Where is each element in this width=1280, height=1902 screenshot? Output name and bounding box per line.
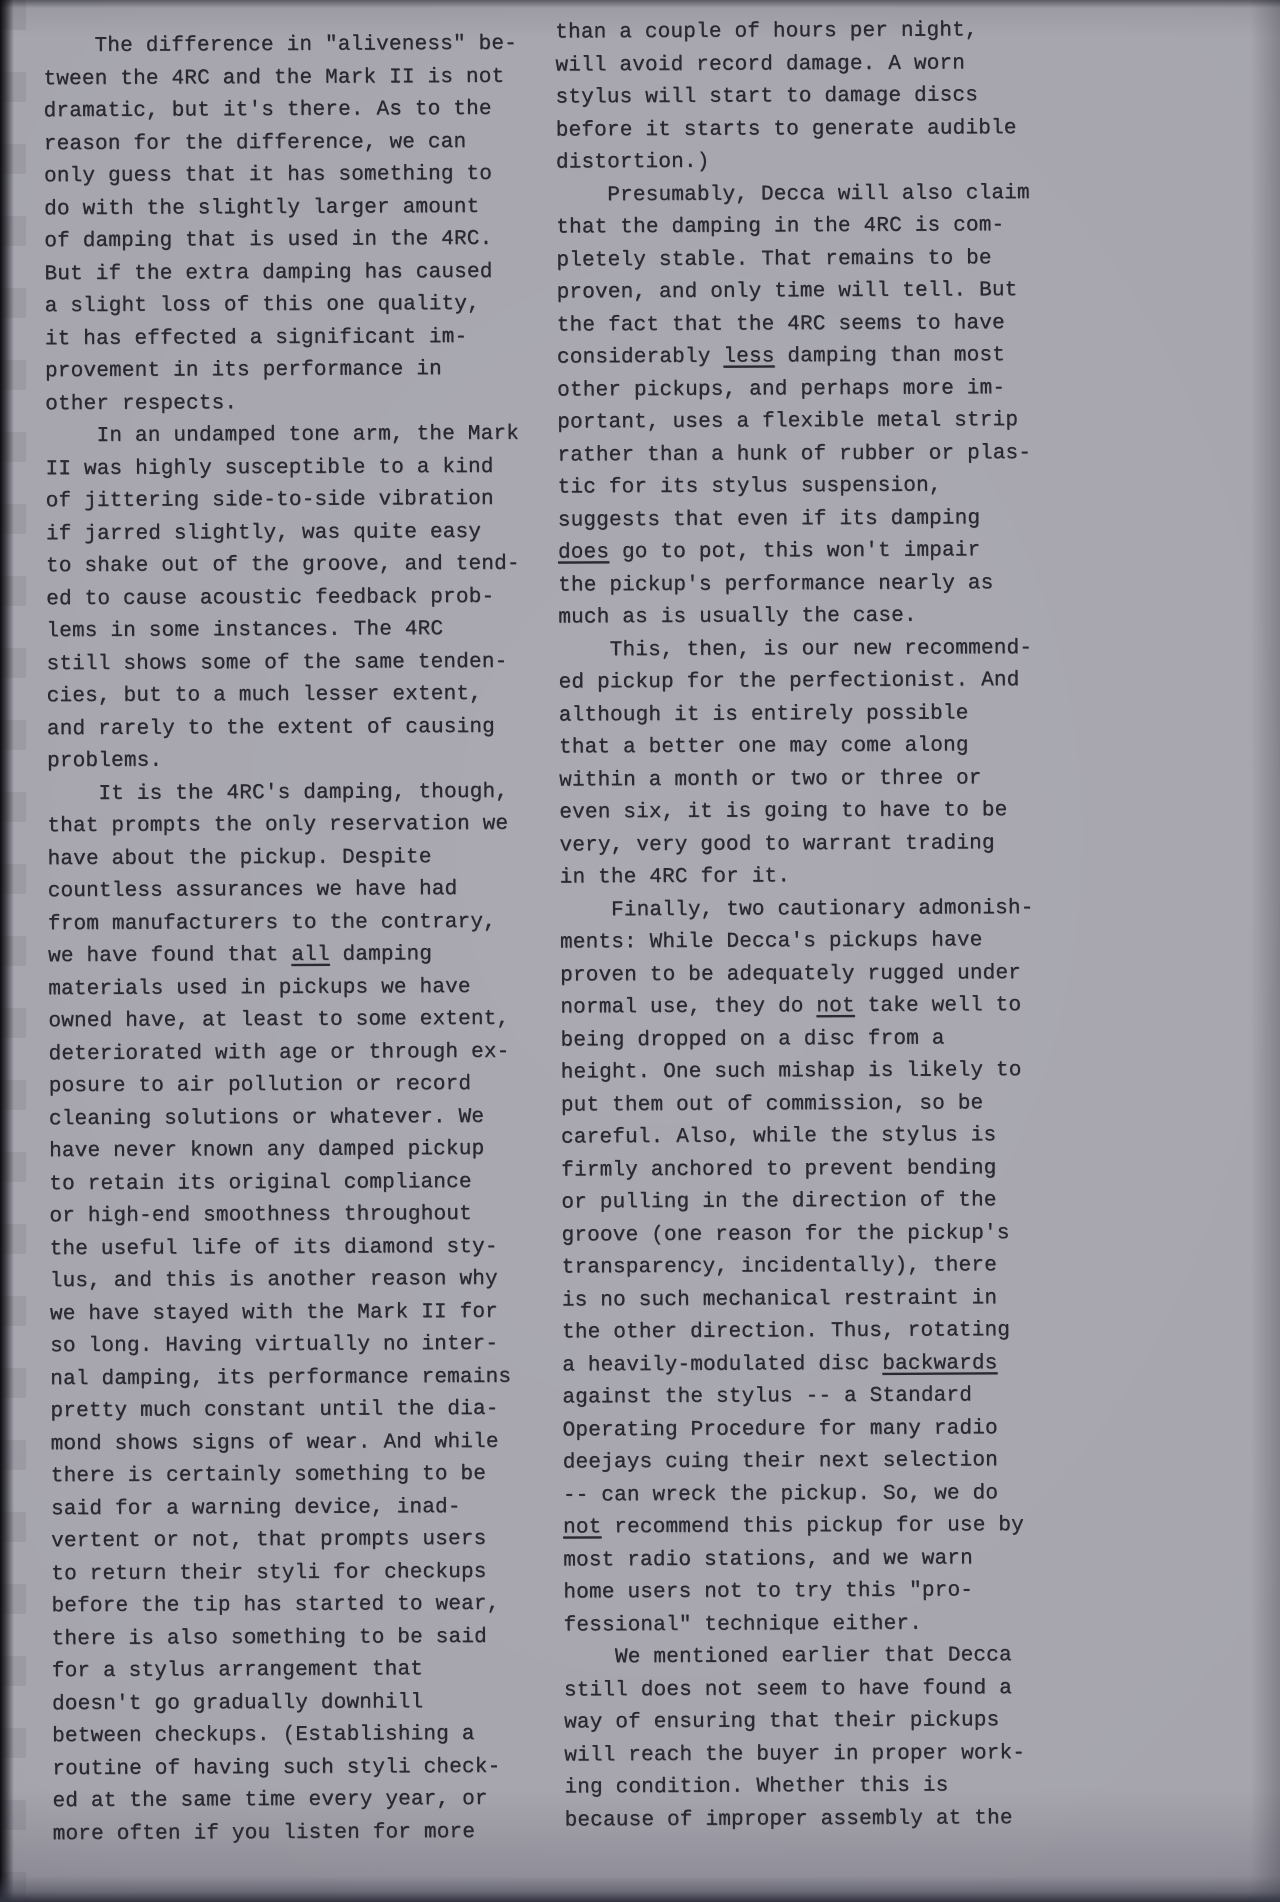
text-line: routine of having such styli check- <box>52 1751 552 1786</box>
text-line: that the damping in the 4RC is com- <box>556 210 1056 245</box>
text-line: normal use, they do not take well to <box>560 990 1060 1025</box>
text-line: because of improper assembly at the <box>564 1802 1064 1837</box>
article-column-right: than a couple of hours per night,will av… <box>555 15 1065 1838</box>
text-line: ing condition. Whether this is <box>564 1770 1064 1805</box>
text-line: doesn't go gradually downhill <box>52 1686 552 1721</box>
text-line: ed at the same time every year, or <box>52 1783 552 1818</box>
text-line: still does not seem to have found a <box>564 1672 1064 1707</box>
text-line: do with the slightly larger amount <box>44 191 544 226</box>
text-line: fessional" technique either. <box>563 1607 1063 1642</box>
text-line: materials used in pickups we have <box>48 971 548 1006</box>
text-line: way of ensuring that their pickups <box>564 1705 1064 1740</box>
text-line: careful. Also, while the stylus is <box>561 1120 1061 1155</box>
text-line: tween the 4RC and the Mark II is not <box>43 61 543 96</box>
text-line: -- can wreck the pickup. So, we do <box>563 1477 1063 1512</box>
text-line: stylus will start to damage discs <box>555 80 1055 115</box>
text-line: before it starts to generate audible <box>556 112 1056 147</box>
text-line: or pulling in the direction of the <box>561 1185 1061 1220</box>
text-line: before the tip has started to wear, <box>51 1588 551 1623</box>
text-line: there is also something to be said <box>52 1621 552 1656</box>
text-line: considerably less damping than most <box>557 340 1057 375</box>
text-line: against the stylus -- a Standard <box>562 1380 1062 1415</box>
article-column-left: The difference in "aliveness" be-tween t… <box>43 28 553 1851</box>
text-line: other pickups, and perhaps more im- <box>557 372 1057 407</box>
text-line: of damping that is used in the 4RC. <box>44 223 544 258</box>
text-line: not recommend this pickup for use by <box>563 1510 1063 1545</box>
text-line: so long. Having virtually no inter- <box>50 1328 550 1363</box>
text-line: although it is entirely possible <box>559 697 1059 732</box>
text-line: II was highly susceptible to a kind <box>45 451 545 486</box>
text-line: said for a warning device, inad- <box>51 1491 551 1526</box>
text-line: more often if you listen for more <box>53 1816 553 1851</box>
text-line: rather than a hunk of rubber or plas- <box>557 437 1057 472</box>
text-line: height. One such mishap is likely to <box>561 1055 1061 1090</box>
text-line: still shows some of the same tenden- <box>46 646 546 681</box>
text-line: tic for its stylus suspension, <box>557 470 1057 505</box>
text-line: lems in some instances. The 4RC <box>46 613 546 648</box>
text-line: portant, uses a flexible metal strip <box>557 405 1057 440</box>
text-line: ed to cause acoustic feedback prob- <box>46 581 546 616</box>
text-line: being dropped on a disc from a <box>560 1022 1060 1057</box>
text-line: between checkups. (Establishing a <box>52 1718 552 1753</box>
text-line: that a better one may come along <box>559 730 1059 765</box>
text-line: have never known any damped pickup <box>49 1133 549 1168</box>
underlined-word: all <box>291 944 330 967</box>
text-line: will reach the buyer in proper work- <box>564 1737 1064 1772</box>
text-line: have about the pickup. Despite <box>47 841 547 876</box>
text-line: Operating Procedure for many radio <box>562 1412 1062 1447</box>
scanned-page: { "colors": { "paper": "#a6a5ae", "ink":… <box>0 0 1280 1902</box>
text-line: put them out of commission, so be <box>561 1087 1061 1122</box>
page-background: The difference in "aliveness" be-tween t… <box>0 0 1280 1902</box>
underlined-word: backwards <box>882 1352 997 1376</box>
text-line: lus, and this is another reason why <box>50 1263 550 1298</box>
text-line: the other direction. Thus, rotating <box>562 1315 1062 1350</box>
text-line: provement in its performance in <box>45 353 545 388</box>
text-line: for a stylus arrangement that <box>52 1653 552 1688</box>
text-line: the useful life of its diamond sty- <box>49 1231 549 1266</box>
text-line: is no such mechanical restraint in <box>562 1282 1062 1317</box>
text-line: does go to pot, this won't impair <box>558 535 1058 570</box>
text-line: It is the 4RC's damping, though, <box>47 776 547 811</box>
underlined-word: less <box>723 345 774 368</box>
text-line: in the 4RC for it. <box>560 860 1060 895</box>
text-line: and rarely to the extent of causing <box>47 711 547 746</box>
text-line: very, very good to warrant trading <box>559 827 1059 862</box>
text-line: proven to be adequately rugged under <box>560 957 1060 992</box>
text-line: groove (one reason for the pickup's <box>561 1217 1061 1252</box>
text-line: to return their styli for checkups <box>51 1556 551 1591</box>
text-line: home users not to try this "pro- <box>563 1575 1063 1610</box>
text-line: firmly anchored to prevent bending <box>561 1152 1061 1187</box>
text-line: ments: While Decca's pickups have <box>560 925 1060 960</box>
underlined-word: not <box>563 1516 602 1539</box>
text-line: nal damping, its performance remains <box>50 1361 550 1396</box>
text-line: than a couple of hours per night, <box>555 15 1055 50</box>
text-line: only guess that it has something to <box>44 158 544 193</box>
text-line: the pickup's performance nearly as <box>558 567 1058 602</box>
underlined-word: not <box>816 995 855 1018</box>
text-line: proven, and only time will tell. But <box>556 275 1056 310</box>
text-line: will avoid record damage. A worn <box>555 47 1055 82</box>
text-line: Finally, two cautionary admonish- <box>560 892 1060 927</box>
text-line: In an undamped tone arm, the Mark <box>45 418 545 453</box>
text-line: within a month or two or three or <box>559 762 1059 797</box>
text-line: problems. <box>47 743 547 778</box>
text-line: deteriorated with age or through ex- <box>48 1036 548 1071</box>
text-line: much as is usually the case. <box>558 600 1058 635</box>
text-line: deejays cuing their next selection <box>563 1445 1063 1480</box>
text-line: cleaning solutions or whatever. We <box>49 1101 549 1136</box>
scan-edge-top <box>0 0 1280 8</box>
text-line: that prompts the only reservation we <box>47 808 547 843</box>
text-line: other respects. <box>45 386 545 421</box>
text-line: it has effected a significant im- <box>45 321 545 356</box>
text-line: if jarred slightly, was quite easy <box>46 516 546 551</box>
text-line: Presumably, Decca will also claim <box>556 177 1056 212</box>
underlined-word: does <box>558 541 609 564</box>
article-body: The difference in "aliveness" be-tween t… <box>0 0 1280 1902</box>
scan-edge-right <box>1250 0 1280 1902</box>
text-line: even six, it is going to have to be <box>559 795 1059 830</box>
text-line: from manufacturers to the contrary, <box>48 906 548 941</box>
text-line: pretty much constant until the dia- <box>50 1393 550 1428</box>
text-line: the fact that the 4RC seems to have <box>557 307 1057 342</box>
text-line: a slight loss of this one quality, <box>45 288 545 323</box>
text-line: countless assurances we have had <box>48 873 548 908</box>
text-line: owned have, at least to some extent, <box>48 1003 548 1038</box>
text-line: suggests that even if its damping <box>558 502 1058 537</box>
text-line: vertent or not, that prompts users <box>51 1523 551 1558</box>
text-line: But if the extra damping has caused <box>44 256 544 291</box>
text-line: distortion.) <box>556 145 1056 180</box>
text-line: to retain its original compliance <box>49 1166 549 1201</box>
text-line: mond shows signs of wear. And while <box>50 1426 550 1461</box>
text-line: This, then, is our new recommend- <box>558 632 1058 667</box>
text-line: We mentioned earlier that Decca <box>564 1640 1064 1675</box>
text-line: transparency, incidentally), there <box>562 1250 1062 1285</box>
text-line: pletely stable. That remains to be <box>556 242 1056 277</box>
text-line: we have found that all damping <box>48 938 548 973</box>
text-line: or high-end smoothness throughout <box>49 1198 549 1233</box>
text-line: ed pickup for the perfectionist. And <box>559 665 1059 700</box>
text-line: we have stayed with the Mark II for <box>50 1296 550 1331</box>
text-line: posure to air pollution or record <box>49 1068 549 1103</box>
text-line: The difference in "aliveness" be- <box>43 28 543 63</box>
text-line: dramatic, but it's there. As to the <box>44 93 544 128</box>
text-line: reason for the difference, we can <box>44 126 544 161</box>
text-line: cies, but to a much lesser extent, <box>47 678 547 713</box>
text-line: to shake out of the groove, and tend- <box>46 548 546 583</box>
scan-edge-bottom <box>0 1876 1280 1902</box>
text-line: there is certainly something to be <box>51 1458 551 1493</box>
scan-edge-left <box>0 0 14 1902</box>
text-line: of jittering side-to-side vibration <box>46 483 546 518</box>
text-line: most radio stations, and we warn <box>563 1542 1063 1577</box>
text-line: a heavily-modulated disc backwards <box>562 1347 1062 1382</box>
